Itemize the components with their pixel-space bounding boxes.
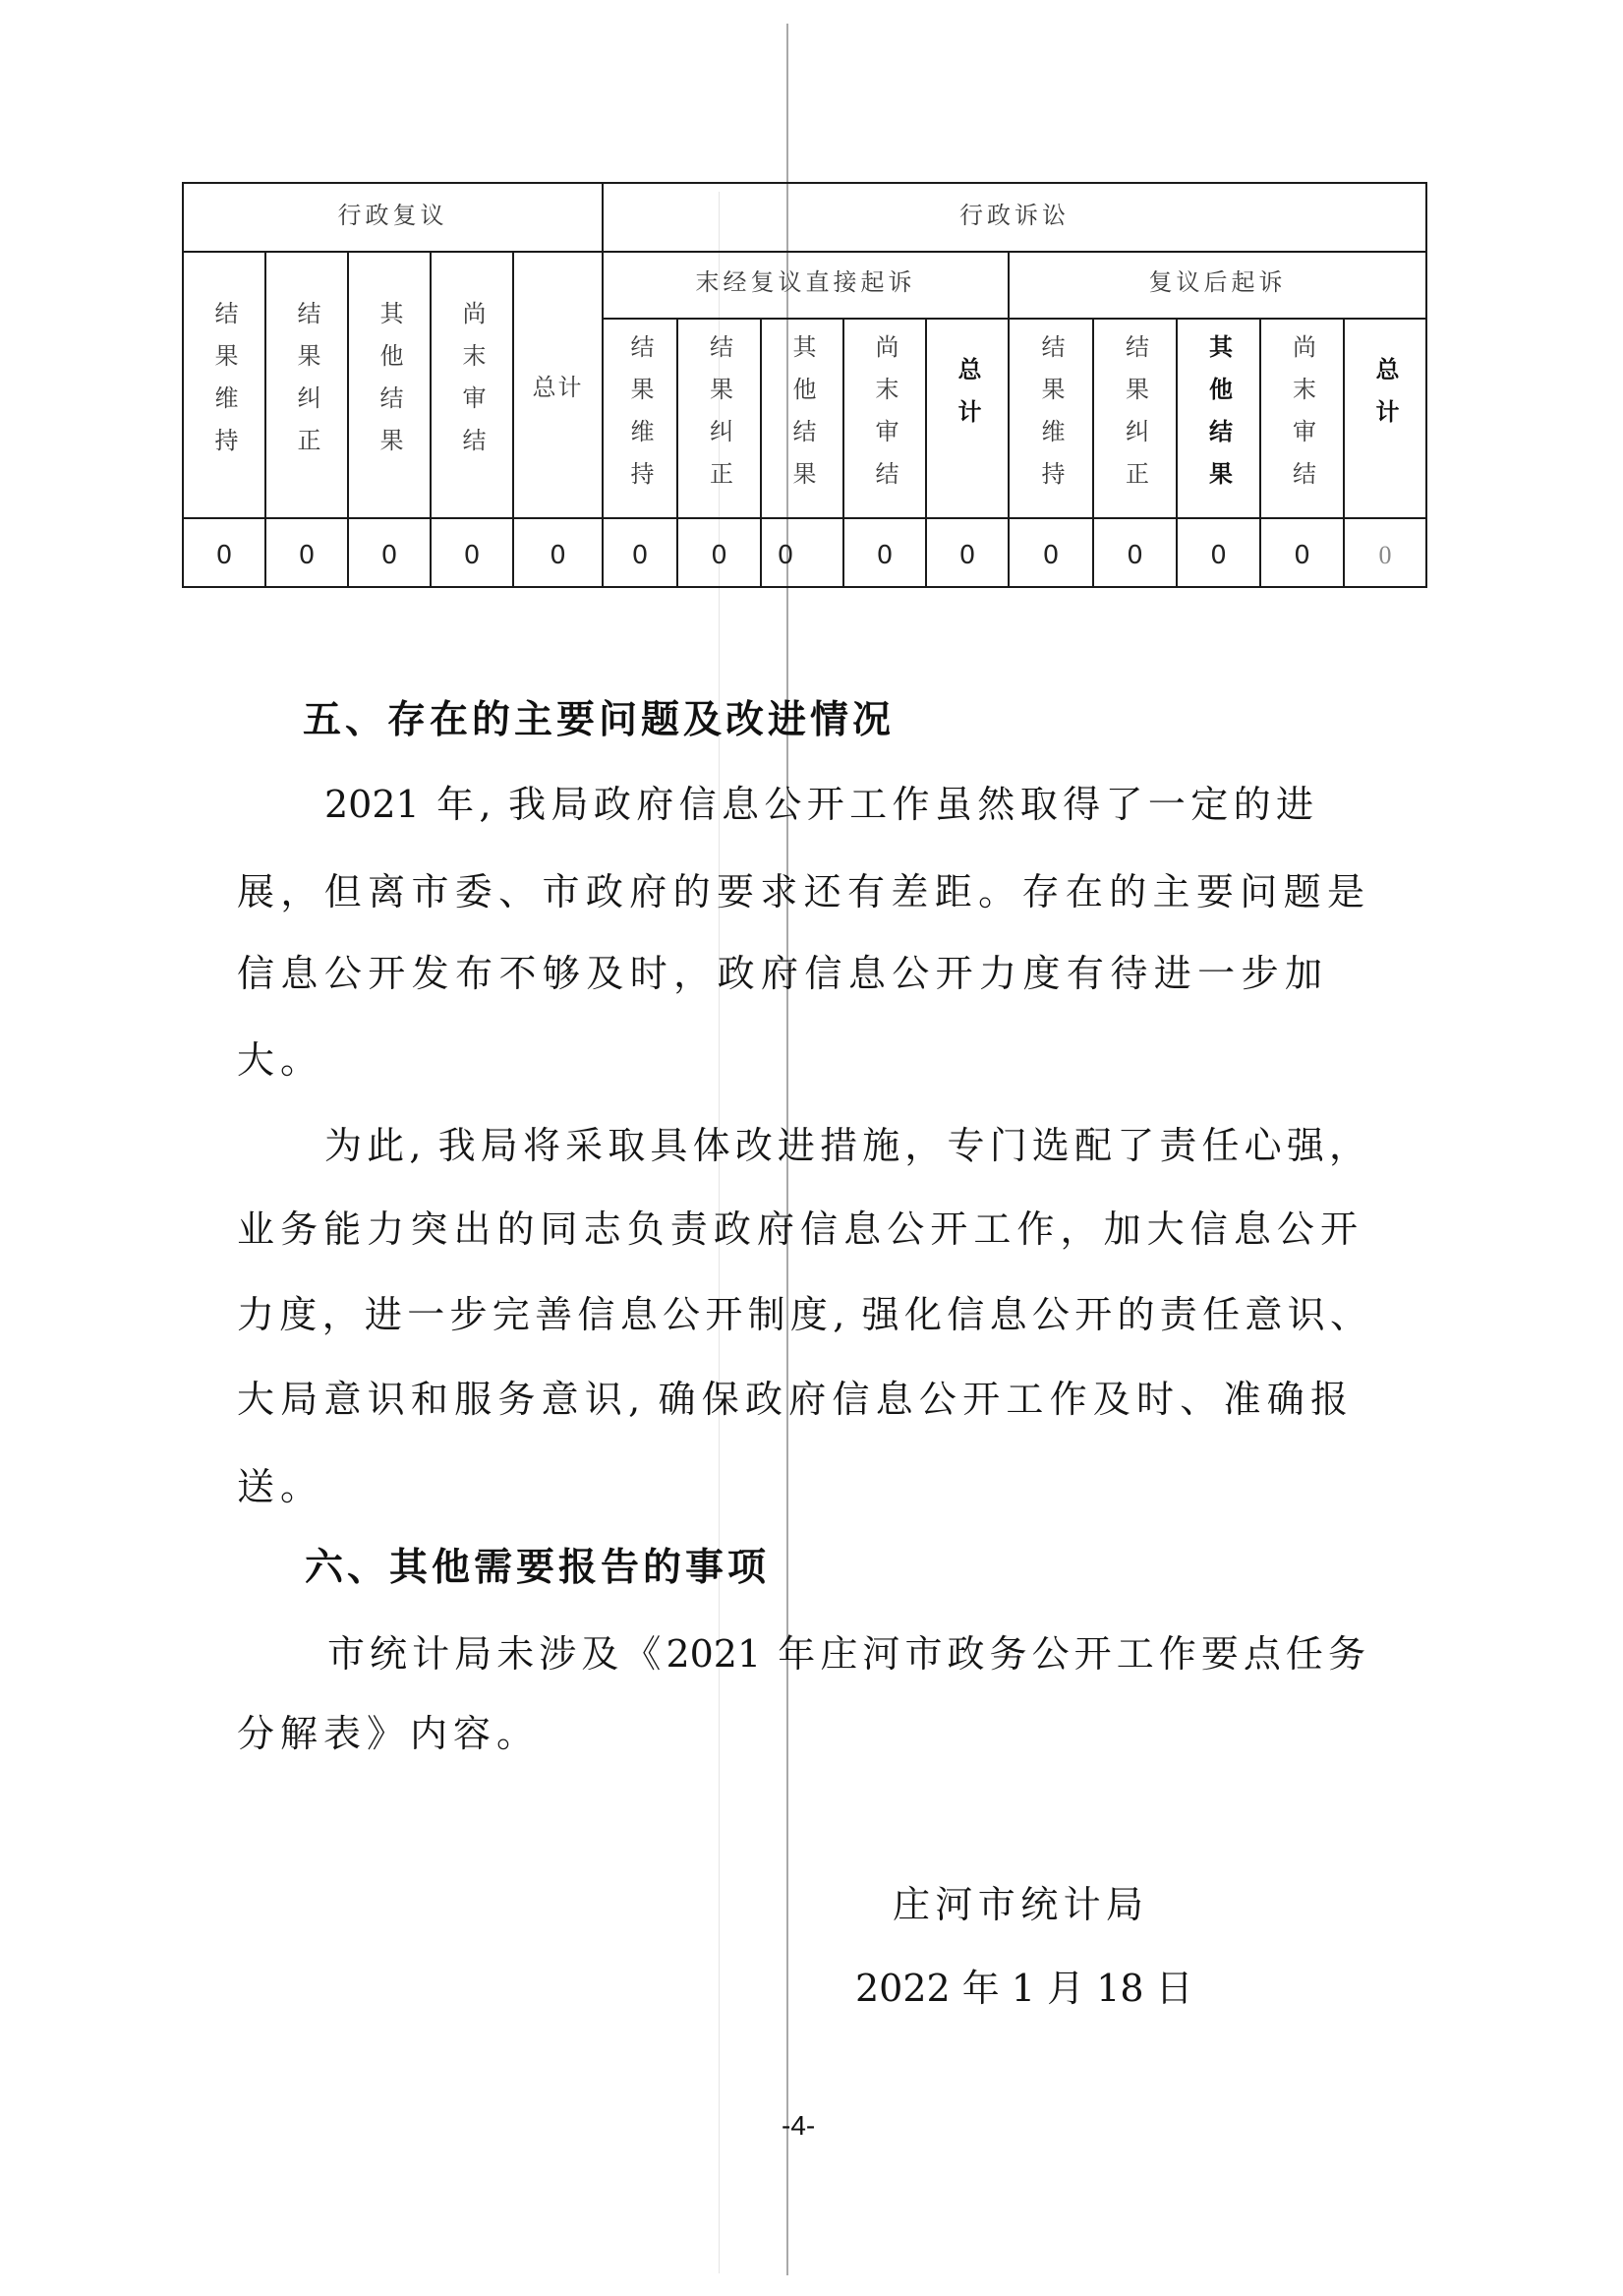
value-cell: 0 bbox=[1345, 519, 1425, 586]
col-header-review-other: 其他结果 bbox=[349, 253, 430, 517]
col-header-review-total: 总计 bbox=[514, 253, 602, 517]
header-admin-review: 行政复议 bbox=[184, 184, 602, 251]
table-border-right bbox=[1425, 182, 1427, 588]
signature-organization: 庄河市统计局 bbox=[893, 1875, 1143, 1934]
header-direct-suit: 末经复议直接起诉 bbox=[604, 253, 1008, 318]
col-header-direct-pending: 尚末审结 bbox=[844, 320, 925, 517]
col-header-direct-upheld: 结果维持 bbox=[604, 320, 676, 517]
table-border-bottom bbox=[182, 586, 1427, 588]
paragraph-line: 分解表》内容。 bbox=[237, 1704, 540, 1763]
paragraph-line: 业务能力突出的同志负责政府信息公开工作，加大信息公开 bbox=[237, 1200, 1358, 1259]
value-cell: 0 bbox=[762, 519, 842, 586]
value-cell: 0 bbox=[1261, 519, 1343, 586]
page-number: -4- bbox=[782, 2110, 815, 2142]
col-header-direct-corrected: 结果纠正 bbox=[678, 320, 760, 517]
paragraph-line: 送。 bbox=[237, 1457, 323, 1516]
header-suit-after-review: 复议后起诉 bbox=[1010, 253, 1425, 318]
col-header-after-corrected: 结果纠正 bbox=[1094, 320, 1176, 517]
paragraph-line: 展，但离市委、市政府的要求还有差距。存在的主要问题是 bbox=[237, 862, 1364, 921]
col-header-review-upheld: 结果维持 bbox=[184, 253, 264, 517]
value-cell: 0 bbox=[927, 519, 1008, 586]
col-header-direct-other: 其他结果 bbox=[762, 320, 842, 517]
col-header-review-corrected: 结果纠正 bbox=[266, 253, 347, 517]
paragraph-line: 信息公开发布不够及时，政府信息公开力度有待进一步加 bbox=[237, 944, 1322, 1003]
header-admin-litigation: 行政诉讼 bbox=[604, 184, 1425, 251]
section-heading-issues: 五、存在的主要问题及改进情况 bbox=[303, 691, 895, 750]
signature-date: 2022 年 1 月 18 日 bbox=[855, 1959, 1185, 2018]
col-header-direct-total: 总计 bbox=[927, 320, 1008, 517]
value-cell: 0 bbox=[1178, 519, 1259, 586]
value-cell: 0 bbox=[1010, 519, 1092, 586]
value-cell: 0 bbox=[514, 519, 602, 586]
section-heading-other-matters: 六、其他需要报告的事项 bbox=[305, 1539, 770, 1598]
value-cell: 0 bbox=[432, 519, 512, 586]
col-header-review-pending: 尚末审结 bbox=[432, 253, 512, 517]
value-cell: 0 bbox=[1094, 519, 1176, 586]
paragraph-line: 力度，进一步完善信息公开制度, 强化信息公开的责任意识、 bbox=[237, 1285, 1367, 1344]
value-cell: 0 bbox=[844, 519, 925, 586]
col-header-after-total: 总计 bbox=[1345, 320, 1425, 517]
value-cell: 0 bbox=[184, 519, 264, 586]
paragraph-line: 为此, 我局将采取具体改进措施，专门选配了责任心强， bbox=[324, 1116, 1366, 1175]
paragraph-line: 大。 bbox=[237, 1030, 323, 1089]
paragraph-line: 市统计局未涉及《2021 年庄河市政务公开工作要点任务 bbox=[327, 1624, 1365, 1683]
value-cell: 0 bbox=[266, 519, 347, 586]
paragraph-line: 大局意识和服务意识, 确保政府信息公开工作及时、准确报 bbox=[237, 1370, 1348, 1429]
paragraph-line: 2021 年, 我局政府信息公开工作虽然取得了一定的进 bbox=[324, 775, 1313, 834]
col-header-after-other: 其他结果 bbox=[1178, 320, 1259, 517]
value-cell: 0 bbox=[604, 519, 676, 586]
value-cell: 0 bbox=[349, 519, 430, 586]
value-cell: 0 bbox=[678, 519, 760, 586]
col-header-after-upheld: 结果维持 bbox=[1010, 320, 1092, 517]
col-header-after-pending: 尚末审结 bbox=[1261, 320, 1343, 517]
